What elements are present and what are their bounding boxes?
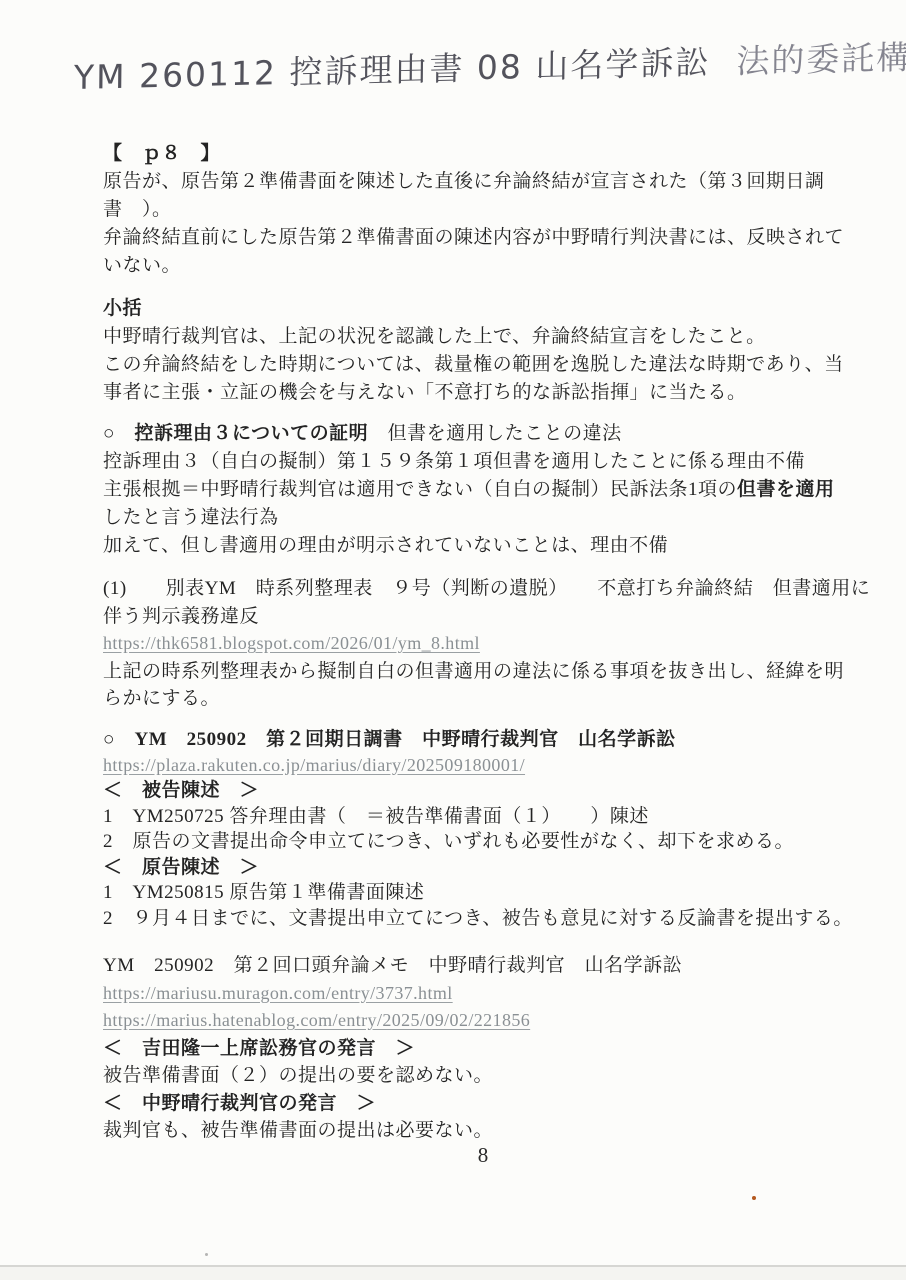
text-line: ○ 控訴理由３についての証明 但書を適用したことの違法 — [103, 420, 883, 448]
url-line: https://plaza.rakuten.co.jp/marius/diary… — [103, 753, 883, 779]
text-line: らかにする。 — [103, 685, 883, 713]
text-line: 弁論終結直前にした原告第２準備書面の陳述内容が中野晴行判決書には、反映されて — [103, 224, 883, 252]
text-line: 被告準備書面（２）の提出の要を認めない。 — [103, 1062, 883, 1090]
text-segment: ○ YM 250902 第２回期日調書 中野晴行裁判官 山名学訴訟 — [103, 729, 676, 750]
text-line: 小括 — [103, 295, 883, 323]
text-line: ○ YM 250902 第２回期日調書 中野晴行裁判官 山名学訴訟 — [103, 727, 883, 753]
block-beppyo: (1) 別表YM 時系列整理表 ９号（判断の遺脱） 不意打ち弁論終結 但書適用に… — [103, 575, 883, 713]
text-segment: ＜ 被告陳述 ＞ — [103, 780, 259, 801]
url-line: https://marius.hatenablog.com/entry/2025… — [103, 1007, 883, 1035]
text-line: 書 ）。 — [103, 196, 883, 224]
text-segment: したと言う違法行為 — [103, 507, 279, 528]
text-segment: 控訴理由３（自白の擬制）第１５９条第１項但書を適用したことに係る理由不備 — [103, 451, 805, 472]
handwritten-header: YM 260112 控訴理由書 08 山名学訴訟法的委託構造 — [74, 33, 854, 99]
text-segment: (1) 別表YM 時系列整理表 ９号（判断の遺脱） 不意打ち弁論終結 但書適用に — [103, 578, 870, 599]
text-line: ＜ 吉田隆一上席訟務官の発言 ＞ — [103, 1035, 883, 1063]
text-line: 原告が、原告第２準備書面を陳述した直後に弁論終結が宣言された（第３回期日調 — [103, 168, 883, 196]
text-line: 加えて、但し書適用の理由が明示されていないことは、理由不備 — [103, 532, 883, 560]
text-segment: らかにする。 — [103, 688, 220, 709]
text-segment: いない。 — [103, 255, 181, 276]
text-line: ＜ 原告陳述 ＞ — [103, 855, 883, 881]
text-segment: 加えて、但し書適用の理由が明示されていないことは、理由不備 — [103, 535, 668, 556]
block-p8-section: 【 ｐ８ 】原告が、原告第２準備書面を陳述した直後に弁論終結が宣言された（第３回… — [103, 140, 883, 280]
text-segment: 但書を適用したことの違法 — [368, 423, 622, 444]
text-line: いない。 — [103, 252, 883, 280]
text-line: ＜ 被告陳述 ＞ — [103, 778, 883, 804]
text-segment: 弁論終結直前にした原告第２準備書面の陳述内容が中野晴行判決書には、反映されて — [103, 227, 844, 248]
url-line: https://mariusu.muragon.com/entry/3737.h… — [103, 980, 883, 1008]
scanned-document-page: YM 260112 控訴理由書 08 山名学訴訟法的委託構造 【 ｐ８ 】原告が… — [0, 0, 906, 1280]
text-segment: https://mariusu.muragon.com/entry/3737.h… — [103, 983, 453, 1003]
text-segment: 書 ）。 — [103, 199, 172, 220]
text-line: (1) 別表YM 時系列整理表 ９号（判断の遺脱） 不意打ち弁論終結 但書適用に — [103, 575, 883, 603]
text-segment: https://marius.hatenablog.com/entry/2025… — [103, 1010, 530, 1030]
text-line: YM 250902 第２回口頭弁論メモ 中野晴行裁判官 山名学訴訟 — [103, 952, 883, 980]
text-line: したと言う違法行為 — [103, 504, 883, 532]
text-segment: 上記の時系列整理表から擬制自白の但書適用の違法に係る事項を抜き出し、経緯を明 — [103, 661, 844, 682]
url-line: https://thk6581.blogspot.com/2026/01/ym_… — [103, 630, 883, 658]
text-line: 伴う判示義務違反 — [103, 603, 883, 631]
text-line: 1 YM250815 原告第１準備書面陳述 — [103, 880, 883, 906]
block-koso-riyu-3: ○ 控訴理由３についての証明 但書を適用したことの違法控訴理由３（自白の擬制）第… — [103, 420, 883, 560]
text-line: 2 原告の文書提出命令申立てにつき、いずれも必要性がなく、却下を求める。 — [103, 829, 883, 855]
text-segment: この弁論終結をした時期については、裁量権の範囲を逸脱した違法な時期であり、当 — [103, 354, 844, 375]
text-segment: 1 YM250725 答弁理由書（ ＝被告準備書面（１） ）陳述 — [103, 806, 649, 827]
block-kotobenron-memo: YM 250902 第２回口頭弁論メモ 中野晴行裁判官 山名学訴訟https:/… — [103, 952, 883, 1145]
text-segment: https://plaza.rakuten.co.jp/marius/diary… — [103, 755, 525, 775]
text-segment: 中野晴行裁判官は、上記の状況を認識した上で、弁論終結宣言をしたこと。 — [103, 326, 766, 347]
block-shokatsu: 小括中野晴行裁判官は、上記の状況を認識した上で、弁論終結宣言をしたこと。この弁論… — [103, 295, 883, 407]
text-segment: 2 ９月４日までに、文書提出申立てにつき、被告も意見に対する反論書を提出する。 — [103, 908, 853, 929]
text-segment: 但書を適用 — [737, 479, 835, 500]
text-line: 2 ９月４日までに、文書提出申立てにつき、被告も意見に対する反論書を提出する。 — [103, 906, 883, 932]
text-segment: YM 250902 第２回口頭弁論メモ 中野晴行裁判官 山名学訴訟 — [103, 955, 682, 976]
text-segment: 【 ｐ８ 】 — [103, 143, 220, 164]
text-segment: ○ — [103, 423, 134, 444]
text-segment: 原告が、原告第２準備書面を陳述した直後に弁論終結が宣言された（第３回期日調 — [103, 171, 825, 192]
text-segment: 裁判官も、被告準備書面の提出は必要ない。 — [103, 1120, 493, 1141]
text-segment: 控訴理由３についての証明 — [134, 423, 368, 444]
text-line: 上記の時系列整理表から擬制自白の但書適用の違法に係る事項を抜き出し、経緯を明 — [103, 658, 883, 686]
text-line: 控訴理由３（自白の擬制）第１５９条第１項但書を適用したことに係る理由不備 — [103, 448, 883, 476]
text-segment: 2 原告の文書提出命令申立てにつき、いずれも必要性がなく、却下を求める。 — [103, 831, 794, 852]
text-line: 1 YM250725 答弁理由書（ ＝被告準備書面（１） ）陳述 — [103, 804, 883, 830]
handwritten-annotation-text: 法的委託構造 — [736, 37, 906, 81]
text-segment: 1 YM250815 原告第１準備書面陳述 — [103, 882, 424, 903]
text-segment: 伴う判示義務違反 — [103, 606, 259, 627]
text-line: 主張根拠＝中野晴行裁判官は適用できない（自白の擬制）民訴法条1項の但書を適用 — [103, 476, 883, 504]
text-segment: 事者に主張・立証の機会を与えない「不意打ち的な訴訟指揮」に当たる。 — [103, 382, 747, 403]
text-line: 裁判官も、被告準備書面の提出は必要ない。 — [103, 1117, 883, 1145]
text-segment: 被告準備書面（２）の提出の要を認めない。 — [103, 1065, 493, 1086]
scan-speck-gray — [205, 1253, 208, 1256]
text-segment: 小括 — [103, 298, 142, 319]
text-line: 中野晴行裁判官は、上記の状況を認識した上で、弁論終結宣言をしたこと。 — [103, 323, 883, 351]
page-number: 8 — [103, 1143, 863, 1168]
text-segment: 主張根拠＝中野晴行裁判官は適用できない（自白の擬制）民訴法条1項の — [103, 479, 737, 500]
text-segment: ＜ 原告陳述 ＞ — [103, 857, 259, 878]
scan-edge-strip — [0, 1267, 906, 1280]
text-segment: https://thk6581.blogspot.com/2026/01/ym_… — [103, 633, 480, 653]
block-kijitsu-chosho: ○ YM 250902 第２回期日調書 中野晴行裁判官 山名学訴訟https:/… — [103, 727, 883, 931]
text-line: この弁論終結をした時期については、裁量権の範囲を逸脱した違法な時期であり、当 — [103, 351, 883, 379]
text-segment: ＜ 中野晴行裁判官の発言 ＞ — [103, 1093, 376, 1114]
handwritten-title-text: YM 260112 控訴理由書 08 山名学訴訟 — [74, 42, 711, 97]
text-segment: ＜ 吉田隆一上席訟務官の発言 ＞ — [103, 1038, 415, 1059]
text-line: 【 ｐ８ 】 — [103, 140, 883, 168]
text-line: 事者に主張・立証の機会を与えない「不意打ち的な訴訟指揮」に当たる。 — [103, 379, 883, 407]
scan-speck-orange — [752, 1196, 756, 1200]
text-line: ＜ 中野晴行裁判官の発言 ＞ — [103, 1090, 883, 1118]
